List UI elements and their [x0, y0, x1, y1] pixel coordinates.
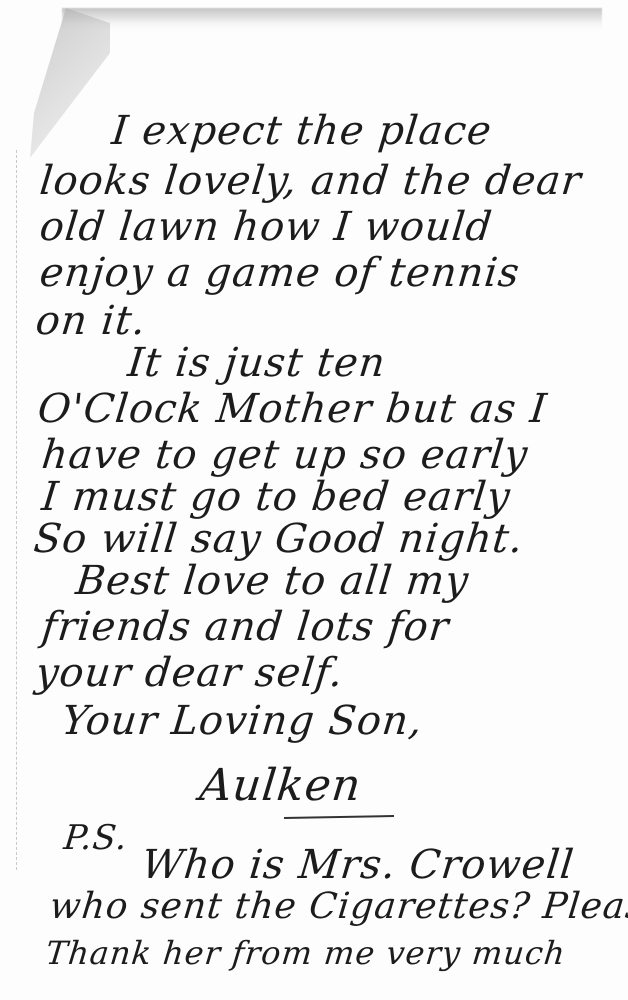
postscript-label: P.S. — [62, 818, 130, 858]
folded-corner — [30, 8, 110, 158]
signature: Aulken — [197, 760, 364, 811]
letter-line-12: friends and lots for — [40, 604, 452, 650]
letter-line-5: on it. — [34, 298, 149, 344]
letter-line-6: It is just ten — [126, 340, 388, 386]
letter-line-2: looks lovely, and the dear — [38, 158, 584, 204]
postscript-line-2: who sent the Cigarettes? Please — [48, 886, 628, 927]
letter-line-10: So will say Good night. — [32, 516, 526, 562]
letter-line-9: I must go to bed early — [40, 474, 513, 520]
letter-line-1: I expect the place — [110, 108, 495, 154]
signature-underline — [284, 815, 394, 819]
paper-left-edge — [16, 150, 18, 870]
letter-line-7: O'Clock Mother but as I — [36, 386, 550, 432]
letter-line-3: old lawn how I would — [38, 204, 495, 250]
letter-line-11: Best love to all my — [74, 558, 472, 604]
closing-line: Your Loving Son, — [60, 698, 426, 744]
letter-line-13: your dear self. — [34, 650, 346, 696]
letter-line-4: enjoy a game of tennis — [38, 250, 523, 296]
paper-top-edge-shadow — [62, 8, 602, 30]
postscript-line-3: Thank her from me very much — [44, 934, 568, 972]
postscript-line-1: Who is Mrs. Crowell — [140, 842, 577, 888]
letter-page: I expect the place looks lovely, and the… — [0, 0, 628, 1000]
letter-line-8: have to get up so early — [40, 432, 531, 478]
